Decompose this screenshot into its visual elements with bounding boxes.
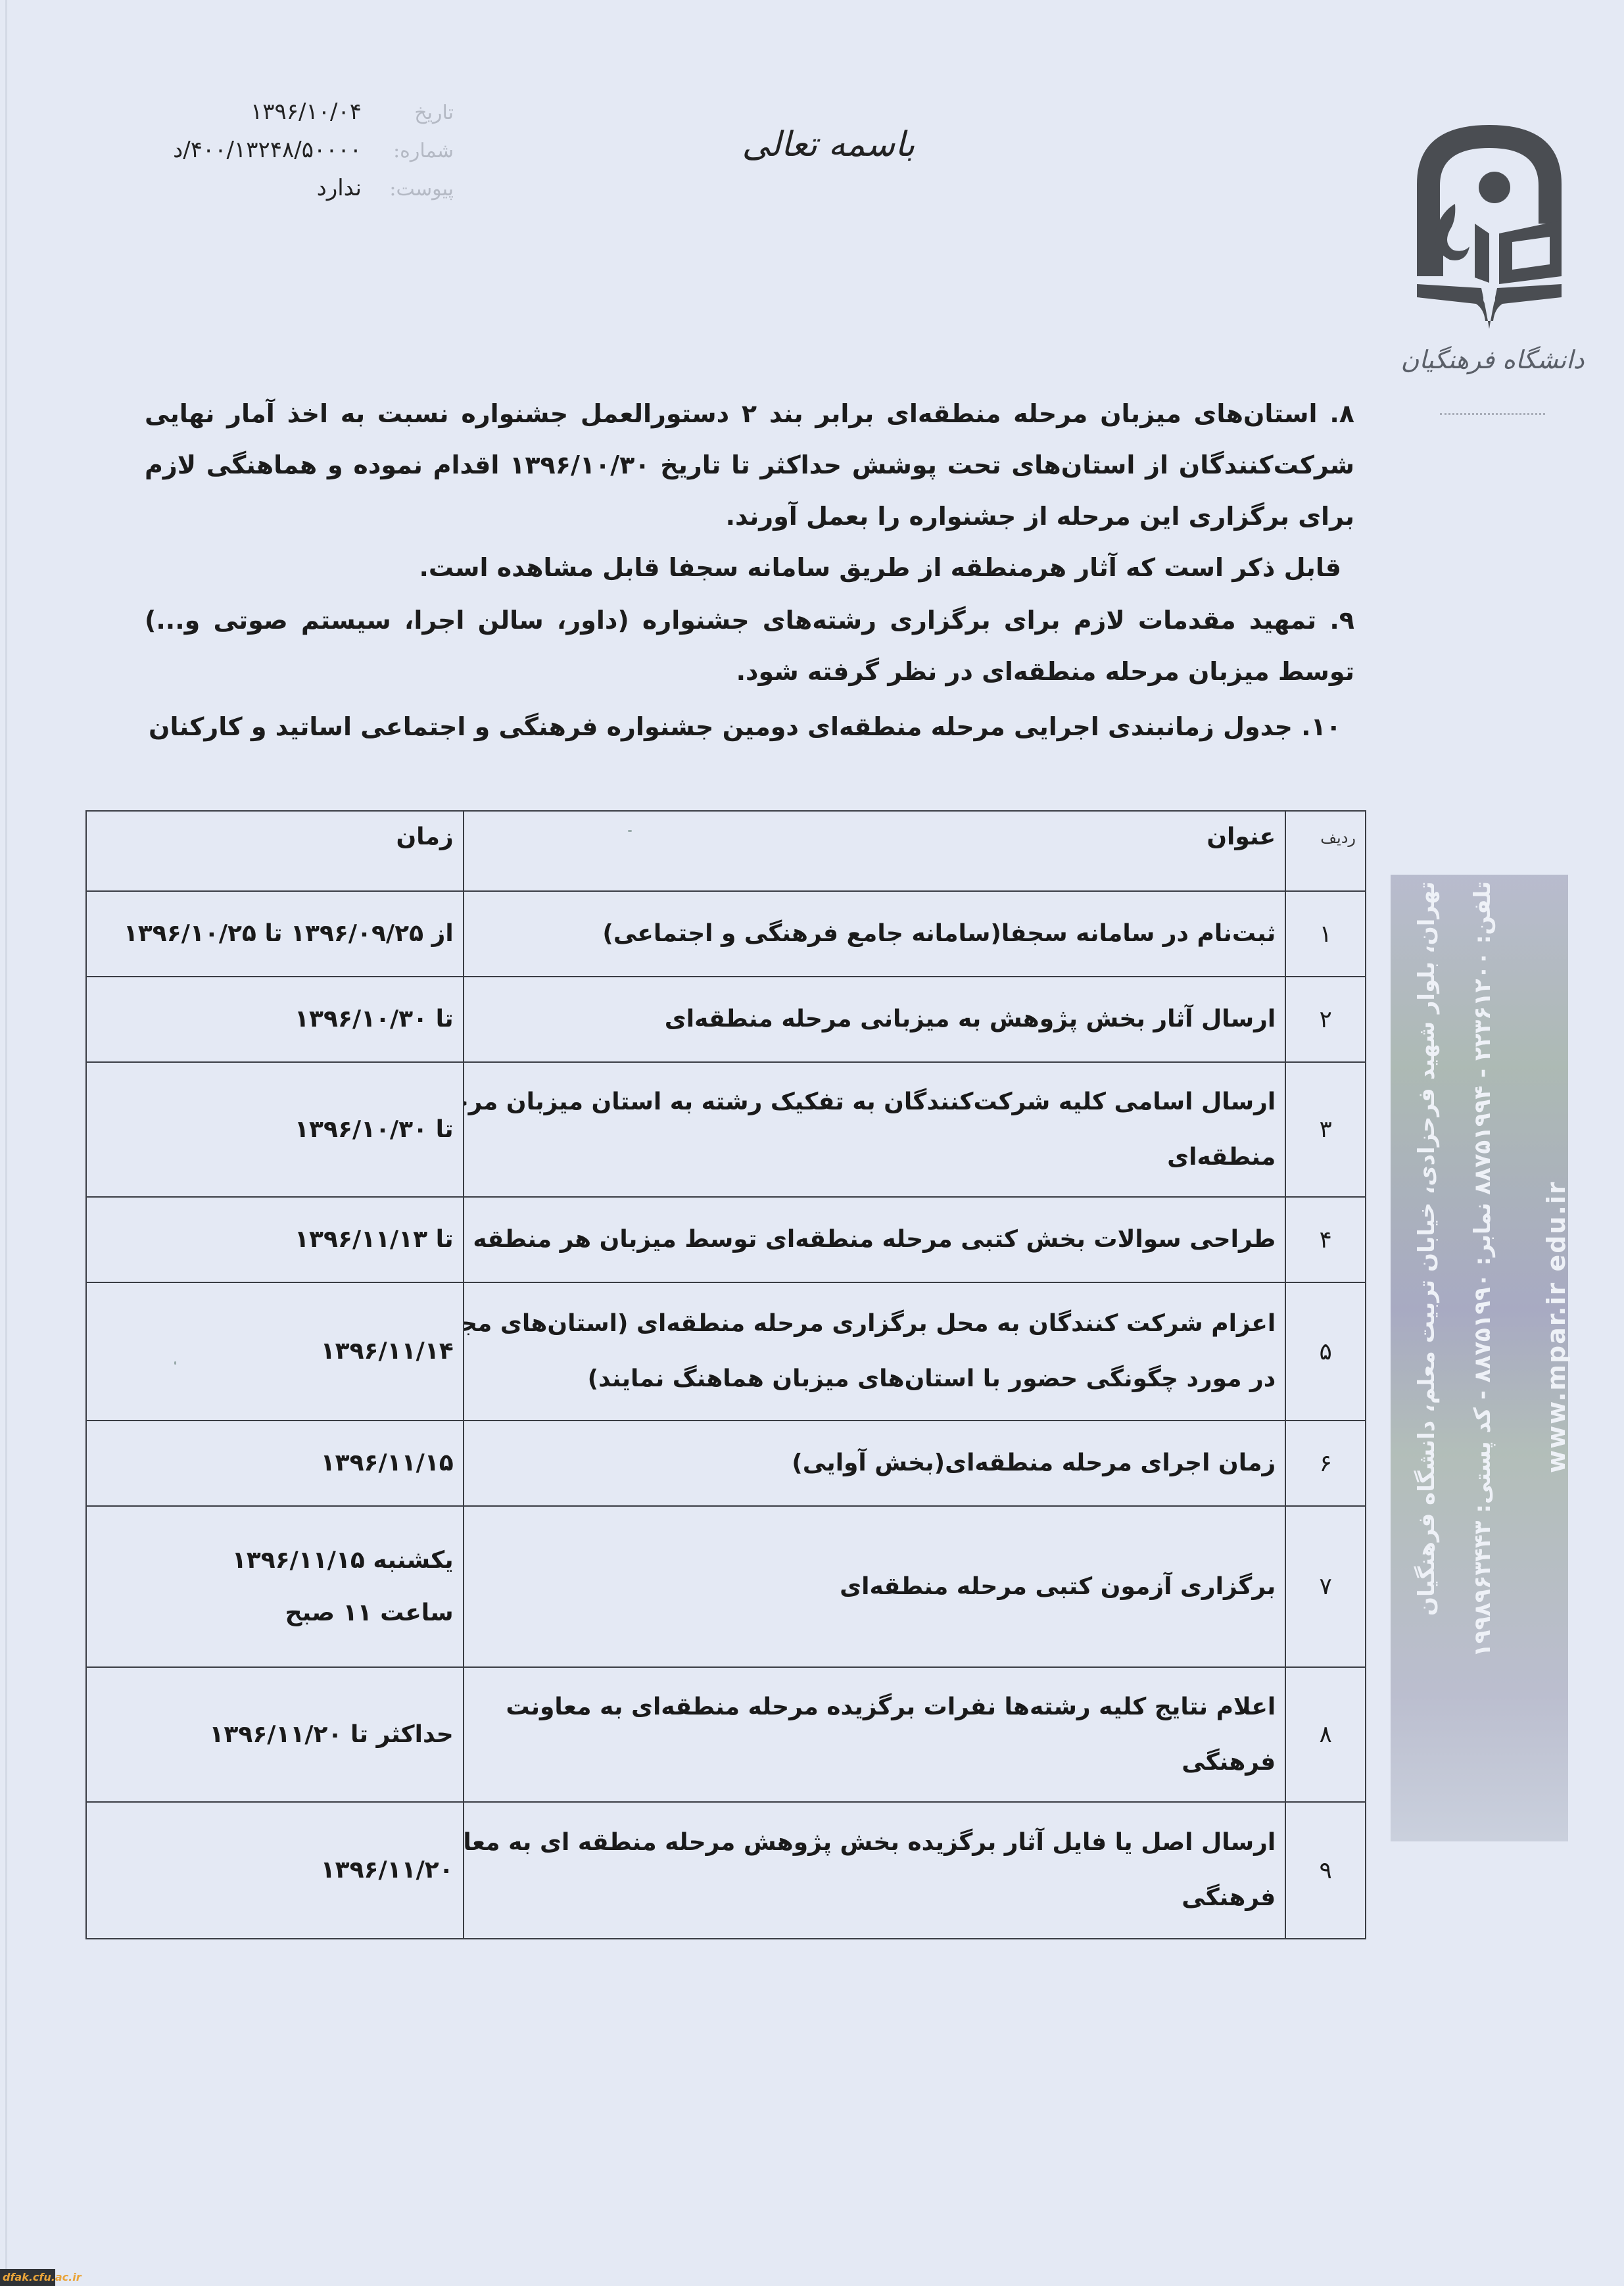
row-title-line: فرهنگی: [473, 1870, 1276, 1926]
paragraph-note: قابل ذکر است که آثار هرمنطقه از طریق سام…: [145, 542, 1354, 593]
row-number: ۸: [1285, 1667, 1366, 1802]
meta-number-label: شماره:: [381, 139, 454, 162]
row-title: زمان اجرای مرحله منطقه‌ای(بخش آوایی): [464, 1421, 1286, 1506]
row-time: ۱۳۹۶/۱۱/۲۰: [86, 1802, 464, 1939]
header-row-number: ردیف: [1285, 811, 1366, 891]
row-time: تا ۱۳۹۶/۱۱/۱۳: [86, 1197, 464, 1282]
row-title-line: اعزام شرکت کنندگان به محل برگزاری مرحله …: [473, 1296, 1276, 1351]
logo-caption: دانشگاه فرهنگیان: [1400, 345, 1585, 374]
paragraph-8: ۸. استان‌های میزبان مرحله منطقه‌ای برابر…: [145, 388, 1354, 542]
table-row: ۴ طراحی سوالات بخش کتبی مرحله منطقه‌ای ت…: [86, 1197, 1366, 1282]
row-number: ۶: [1285, 1421, 1366, 1506]
meta-attachment-row: پیوست: ندارد: [85, 175, 454, 213]
row-time: از ۱۳۹۶/۰۹/۲۵ تا ۱۳۹۶/۱۰/۲۵: [86, 891, 464, 977]
paragraph-9: ۹. تمهید مقدمات لازم برای برگزاری رشته‌ه…: [145, 595, 1354, 697]
meta-attachment-value: ندارد: [317, 175, 381, 201]
schedule-table: ردیف عنوان زمان ۱ ثبت‌نام در سامانه سجفا…: [85, 810, 1366, 1939]
table-row: ۹ ارسال اصل یا فایل آثار برگزیده بخش پژو…: [86, 1802, 1366, 1939]
source-watermark: dfak.cfu.ac.ir: [0, 2269, 55, 2286]
table-row: ۵ اعزام شرکت کنندگان به محل برگزاری مرحل…: [86, 1282, 1366, 1421]
meta-date-label: تاریخ: [381, 101, 454, 124]
row-title: ارسال آثار بخش پژوهش به میزبانی مرحله من…: [464, 977, 1286, 1062]
row-title-line: ارسال اسامی کلیه شرکت‌کنندگان به تفکیک ر…: [473, 1075, 1276, 1130]
logo-subcaption: [1440, 401, 1545, 415]
row-number: ۷: [1285, 1506, 1366, 1667]
document-page: تاریخ ۱۳۹۶/۱۰/۰۴ شماره: ۴۰۰/۱۳۲۴۸/۵۰۰۰۰/…: [0, 0, 1624, 2286]
side-strip-address: تهران، بلوار شهید فرحزادی، خیابان تربیت …: [1414, 881, 1440, 1802]
header-time: زمان: [86, 811, 464, 891]
row-title: برگزاری آزمون کتبی مرحله منطقه‌ای: [464, 1506, 1286, 1667]
row-time: حداکثر تا ۱۳۹۶/۱۱/۲۰: [86, 1667, 464, 1802]
row-title-line: منطقه‌ای: [473, 1130, 1276, 1185]
table-row: ۳ ارسال اسامی کلیه شرکت‌کنندگان به تفکیک…: [86, 1062, 1366, 1197]
row-title-line: در مورد چگونگی حضور با استان‌های میزبان …: [473, 1351, 1276, 1407]
row-time: یکشنبه ۱۳۹۶/۱۱/۱۵ ساعت ۱۱ صبح: [86, 1506, 464, 1667]
table-row: ۱ ثبت‌نام در سامانه سجفا(سامانه جامع فره…: [86, 891, 1366, 977]
basmala-heading: باسمه تعالی: [723, 125, 934, 164]
side-strip-url: www.mpar.ir edu.ir: [1542, 1079, 1571, 1473]
row-title: ثبت‌نام در سامانه سجفا(سامانه جامع فرهنگ…: [464, 891, 1286, 977]
scan-speck: [174, 1361, 176, 1365]
row-time: تا ۱۳۹۶/۱۰/۳۰: [86, 977, 464, 1062]
meta-number-row: شماره: ۴۰۰/۱۳۲۴۸/۵۰۰۰۰/د: [85, 137, 454, 175]
row-time-hour: ساعت ۱۱ صبح: [96, 1587, 454, 1640]
table-row: ۸ اعلام نتایج کلیه رشته‌ها نفرات برگزیده…: [86, 1667, 1366, 1802]
header-title: عنوان: [464, 811, 1286, 891]
row-title: اعلام نتایج کلیه رشته‌ها نفرات برگزیده م…: [464, 1667, 1286, 1802]
row-number: ۴: [1285, 1197, 1366, 1282]
meta-date-row: تاریخ ۱۳۹۶/۱۰/۰۴: [85, 99, 454, 137]
row-number: ۲: [1285, 977, 1366, 1062]
row-time: ۱۳۹۶/۱۱/۱۵: [86, 1421, 464, 1506]
row-title-line: فرهنگی: [473, 1735, 1276, 1790]
row-title-line: ارسال اصل یا فایل آثار برگزیده بخش پژوهش…: [473, 1815, 1276, 1870]
row-title: طراحی سوالات بخش کتبی مرحله منطقه‌ای توس…: [464, 1197, 1286, 1282]
university-logo-icon: [1404, 112, 1575, 335]
row-number: ۱: [1285, 891, 1366, 977]
letter-meta: تاریخ ۱۳۹۶/۱۰/۰۴ شماره: ۴۰۰/۱۳۲۴۸/۵۰۰۰۰/…: [85, 99, 454, 213]
row-number: ۳: [1285, 1062, 1366, 1197]
row-time-date: یکشنبه ۱۳۹۶/۱۱/۱۵: [96, 1534, 454, 1587]
row-title-line: اعلام نتایج کلیه رشته‌ها نفرات برگزیده م…: [473, 1680, 1276, 1735]
paragraph-10: ۱۰. جدول زمانبندی اجرایی مرحله منطقه‌ای …: [145, 701, 1354, 752]
table-header-row: ردیف عنوان زمان: [86, 811, 1366, 891]
letter-body: ۸. استان‌های میزبان مرحله منطقه‌ای برابر…: [145, 388, 1354, 752]
row-title: ارسال اصل یا فایل آثار برگزیده بخش پژوهش…: [464, 1802, 1286, 1939]
row-number: ۹: [1285, 1802, 1366, 1939]
row-time: ۱۳۹۶/۱۱/۱۴: [86, 1282, 464, 1421]
meta-attachment-label: پیوست:: [381, 178, 454, 201]
row-title: اعزام شرکت کنندگان به محل برگزاری مرحله …: [464, 1282, 1286, 1421]
row-time: تا ۱۳۹۶/۱۰/۳۰: [86, 1062, 464, 1197]
meta-number-value: ۴۰۰/۱۳۲۴۸/۵۰۰۰۰/د: [173, 137, 381, 163]
side-strip-phone: تلفن: ۲۲۳۶۱۲۰۰ - ۸۸۷۵۱۹۹۴ نمابر: ۸۸۷۵۱۹۹…: [1469, 881, 1496, 1802]
meta-date-value: ۱۳۹۶/۱۰/۰۴: [251, 99, 381, 125]
table-row: ۲ ارسال آثار بخش پژوهش به میزبانی مرحله …: [86, 977, 1366, 1062]
row-title: ارسال اسامی کلیه شرکت‌کنندگان به تفکیک ر…: [464, 1062, 1286, 1197]
row-number: ۵: [1285, 1282, 1366, 1421]
table-row: ۶ زمان اجرای مرحله منطقه‌ای(بخش آوایی) ۱…: [86, 1421, 1366, 1506]
table-row: ۷ برگزاری آزمون کتبی مرحله منطقه‌ای یکشن…: [86, 1506, 1366, 1667]
scan-speck: [628, 830, 632, 832]
